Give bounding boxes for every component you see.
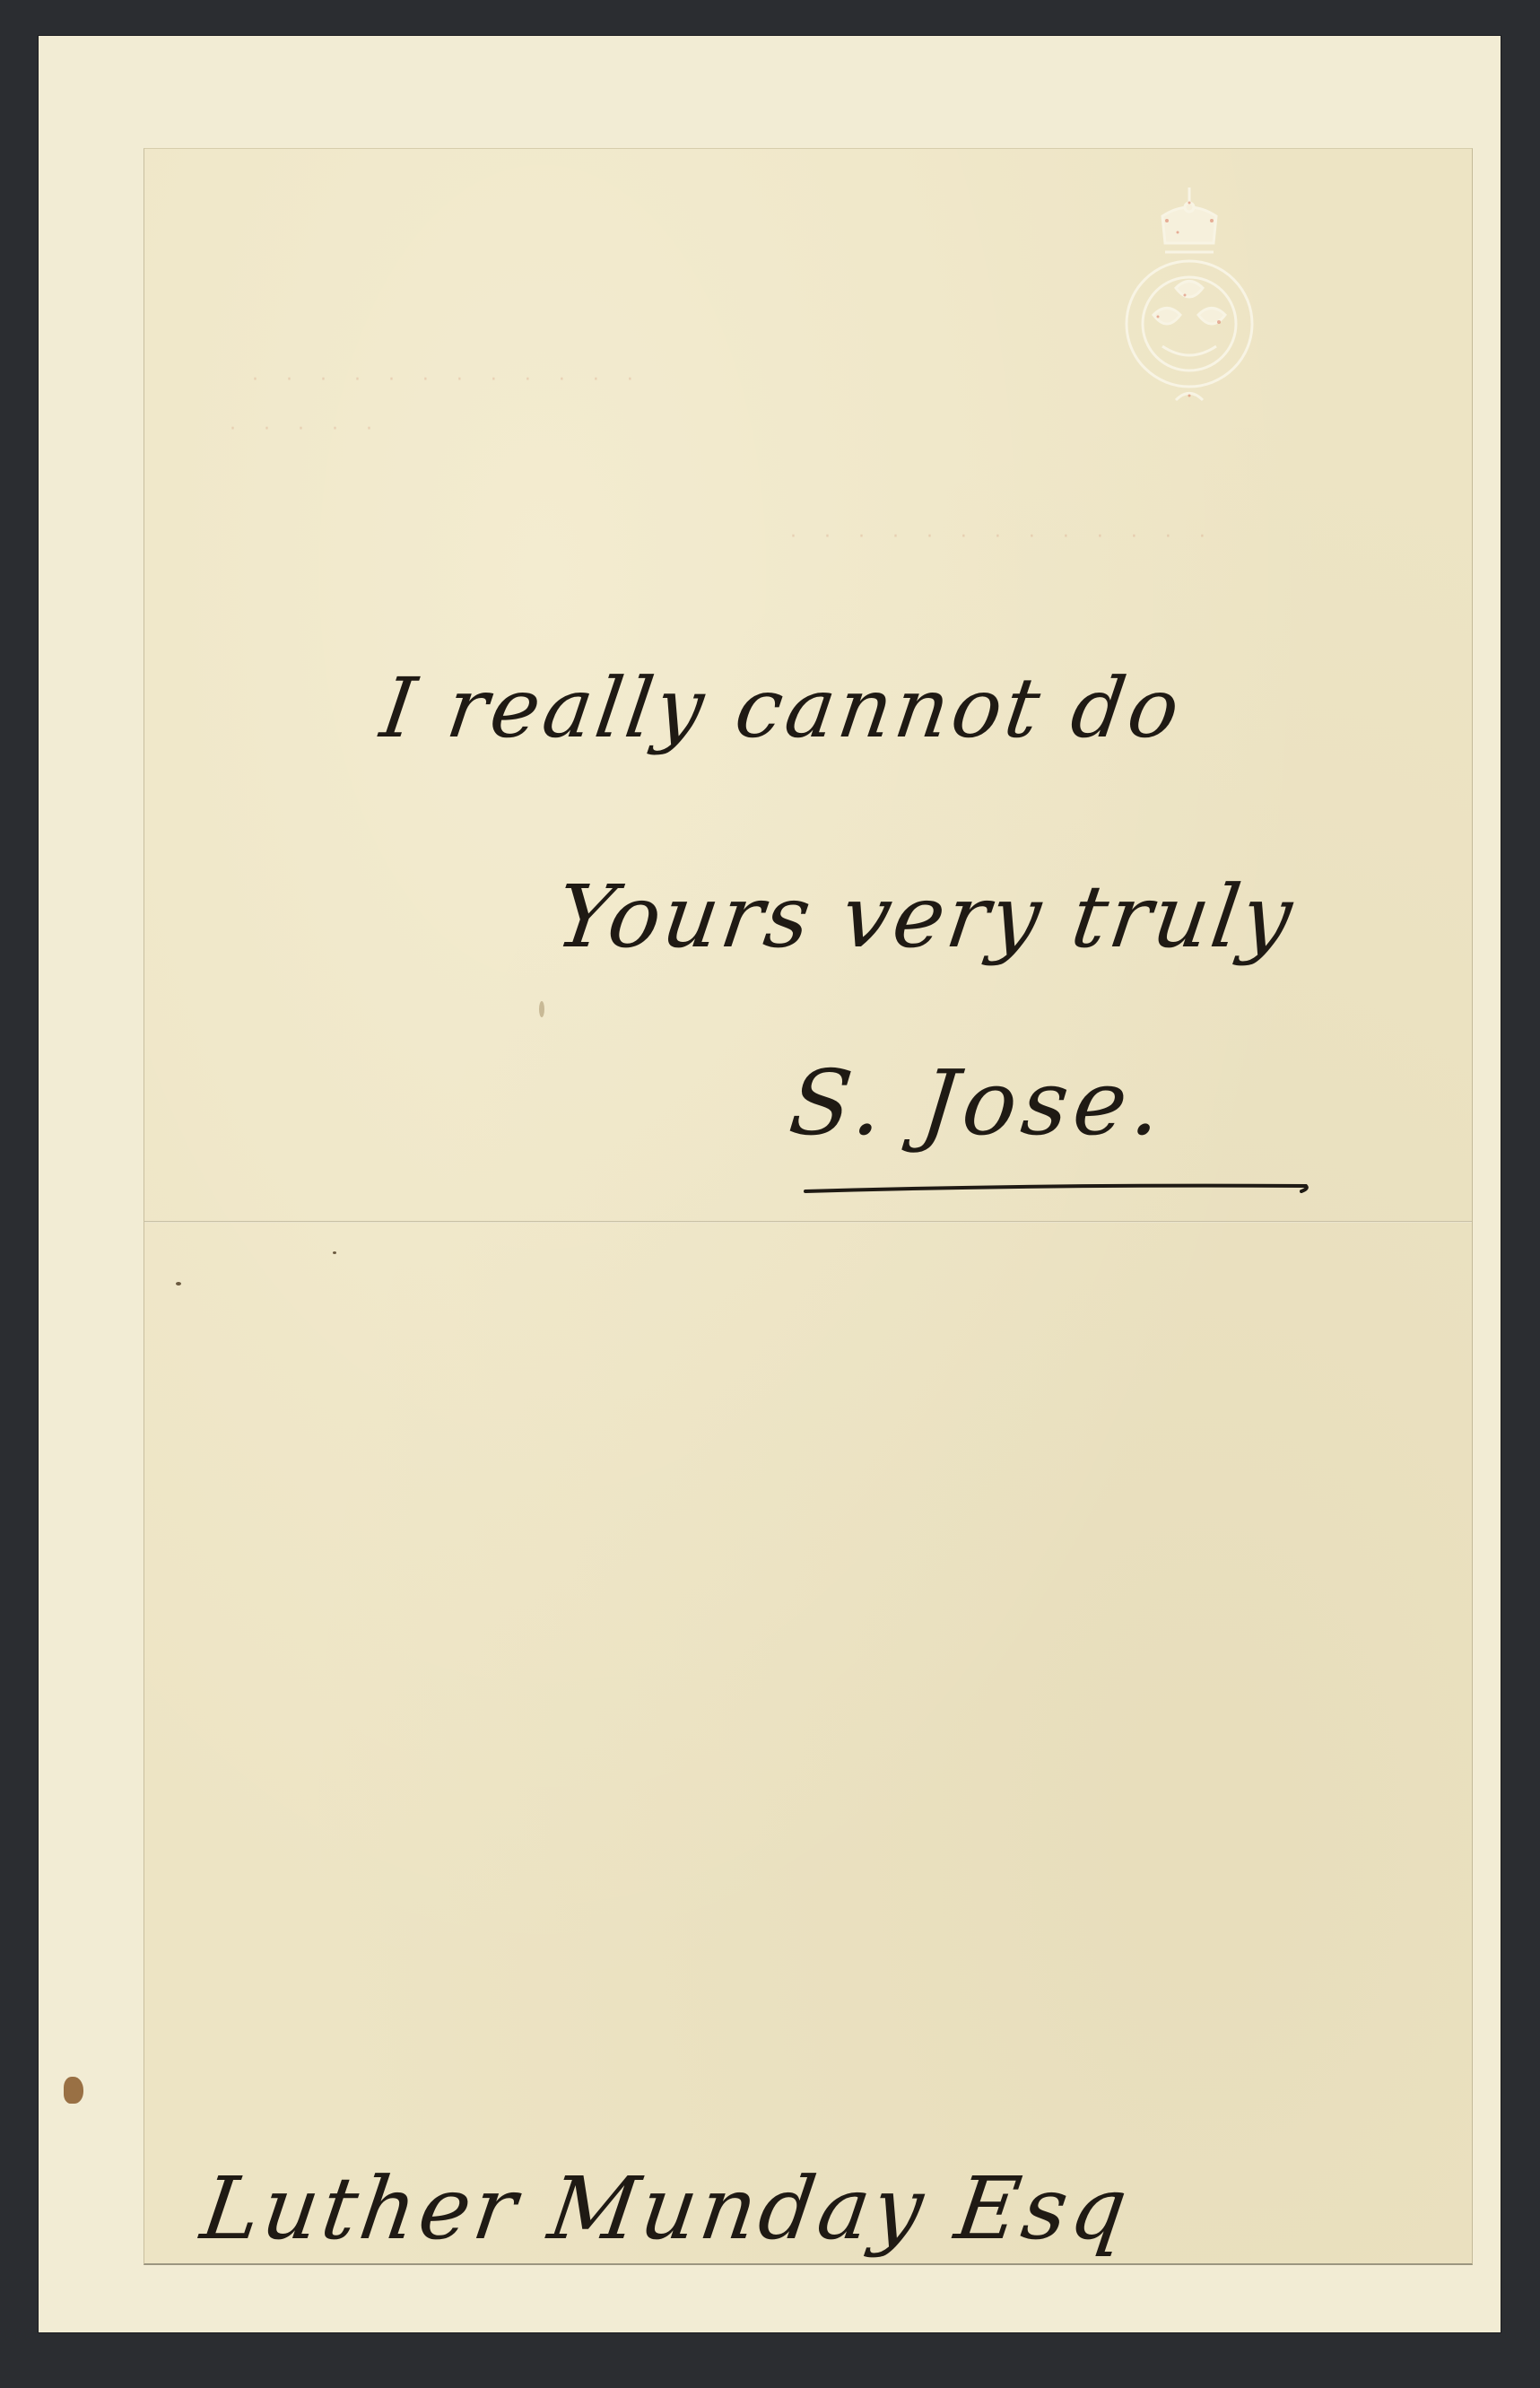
signature: S. Jose. — [785, 1050, 1171, 1155]
speck — [176, 1282, 181, 1286]
addressee-line: Luther Munday Esq — [196, 2158, 1136, 2259]
mount-board: · · · · · · · · · · · · · · · · · · · · … — [39, 36, 1501, 2332]
letterhead-line-2: · · · · · — [230, 418, 383, 440]
body-line-1: I really cannot do — [375, 660, 1188, 756]
closing-line: Yours very truly — [550, 867, 1301, 967]
ink-blemish — [539, 1001, 544, 1017]
signature-underline — [804, 1181, 1310, 1193]
fold-crease — [144, 1221, 1472, 1223]
embossed-crest-icon — [1113, 180, 1266, 414]
speck — [333, 1251, 336, 1254]
stain-mark — [64, 2077, 83, 2104]
letterhead-line-1: · · · · · · · · · · · · — [252, 369, 644, 391]
letter-sheet: · · · · · · · · · · · · · · · · · · · · … — [144, 148, 1473, 2265]
letterhead-line-3: · · · · · · · · · · · · · — [790, 526, 1216, 548]
